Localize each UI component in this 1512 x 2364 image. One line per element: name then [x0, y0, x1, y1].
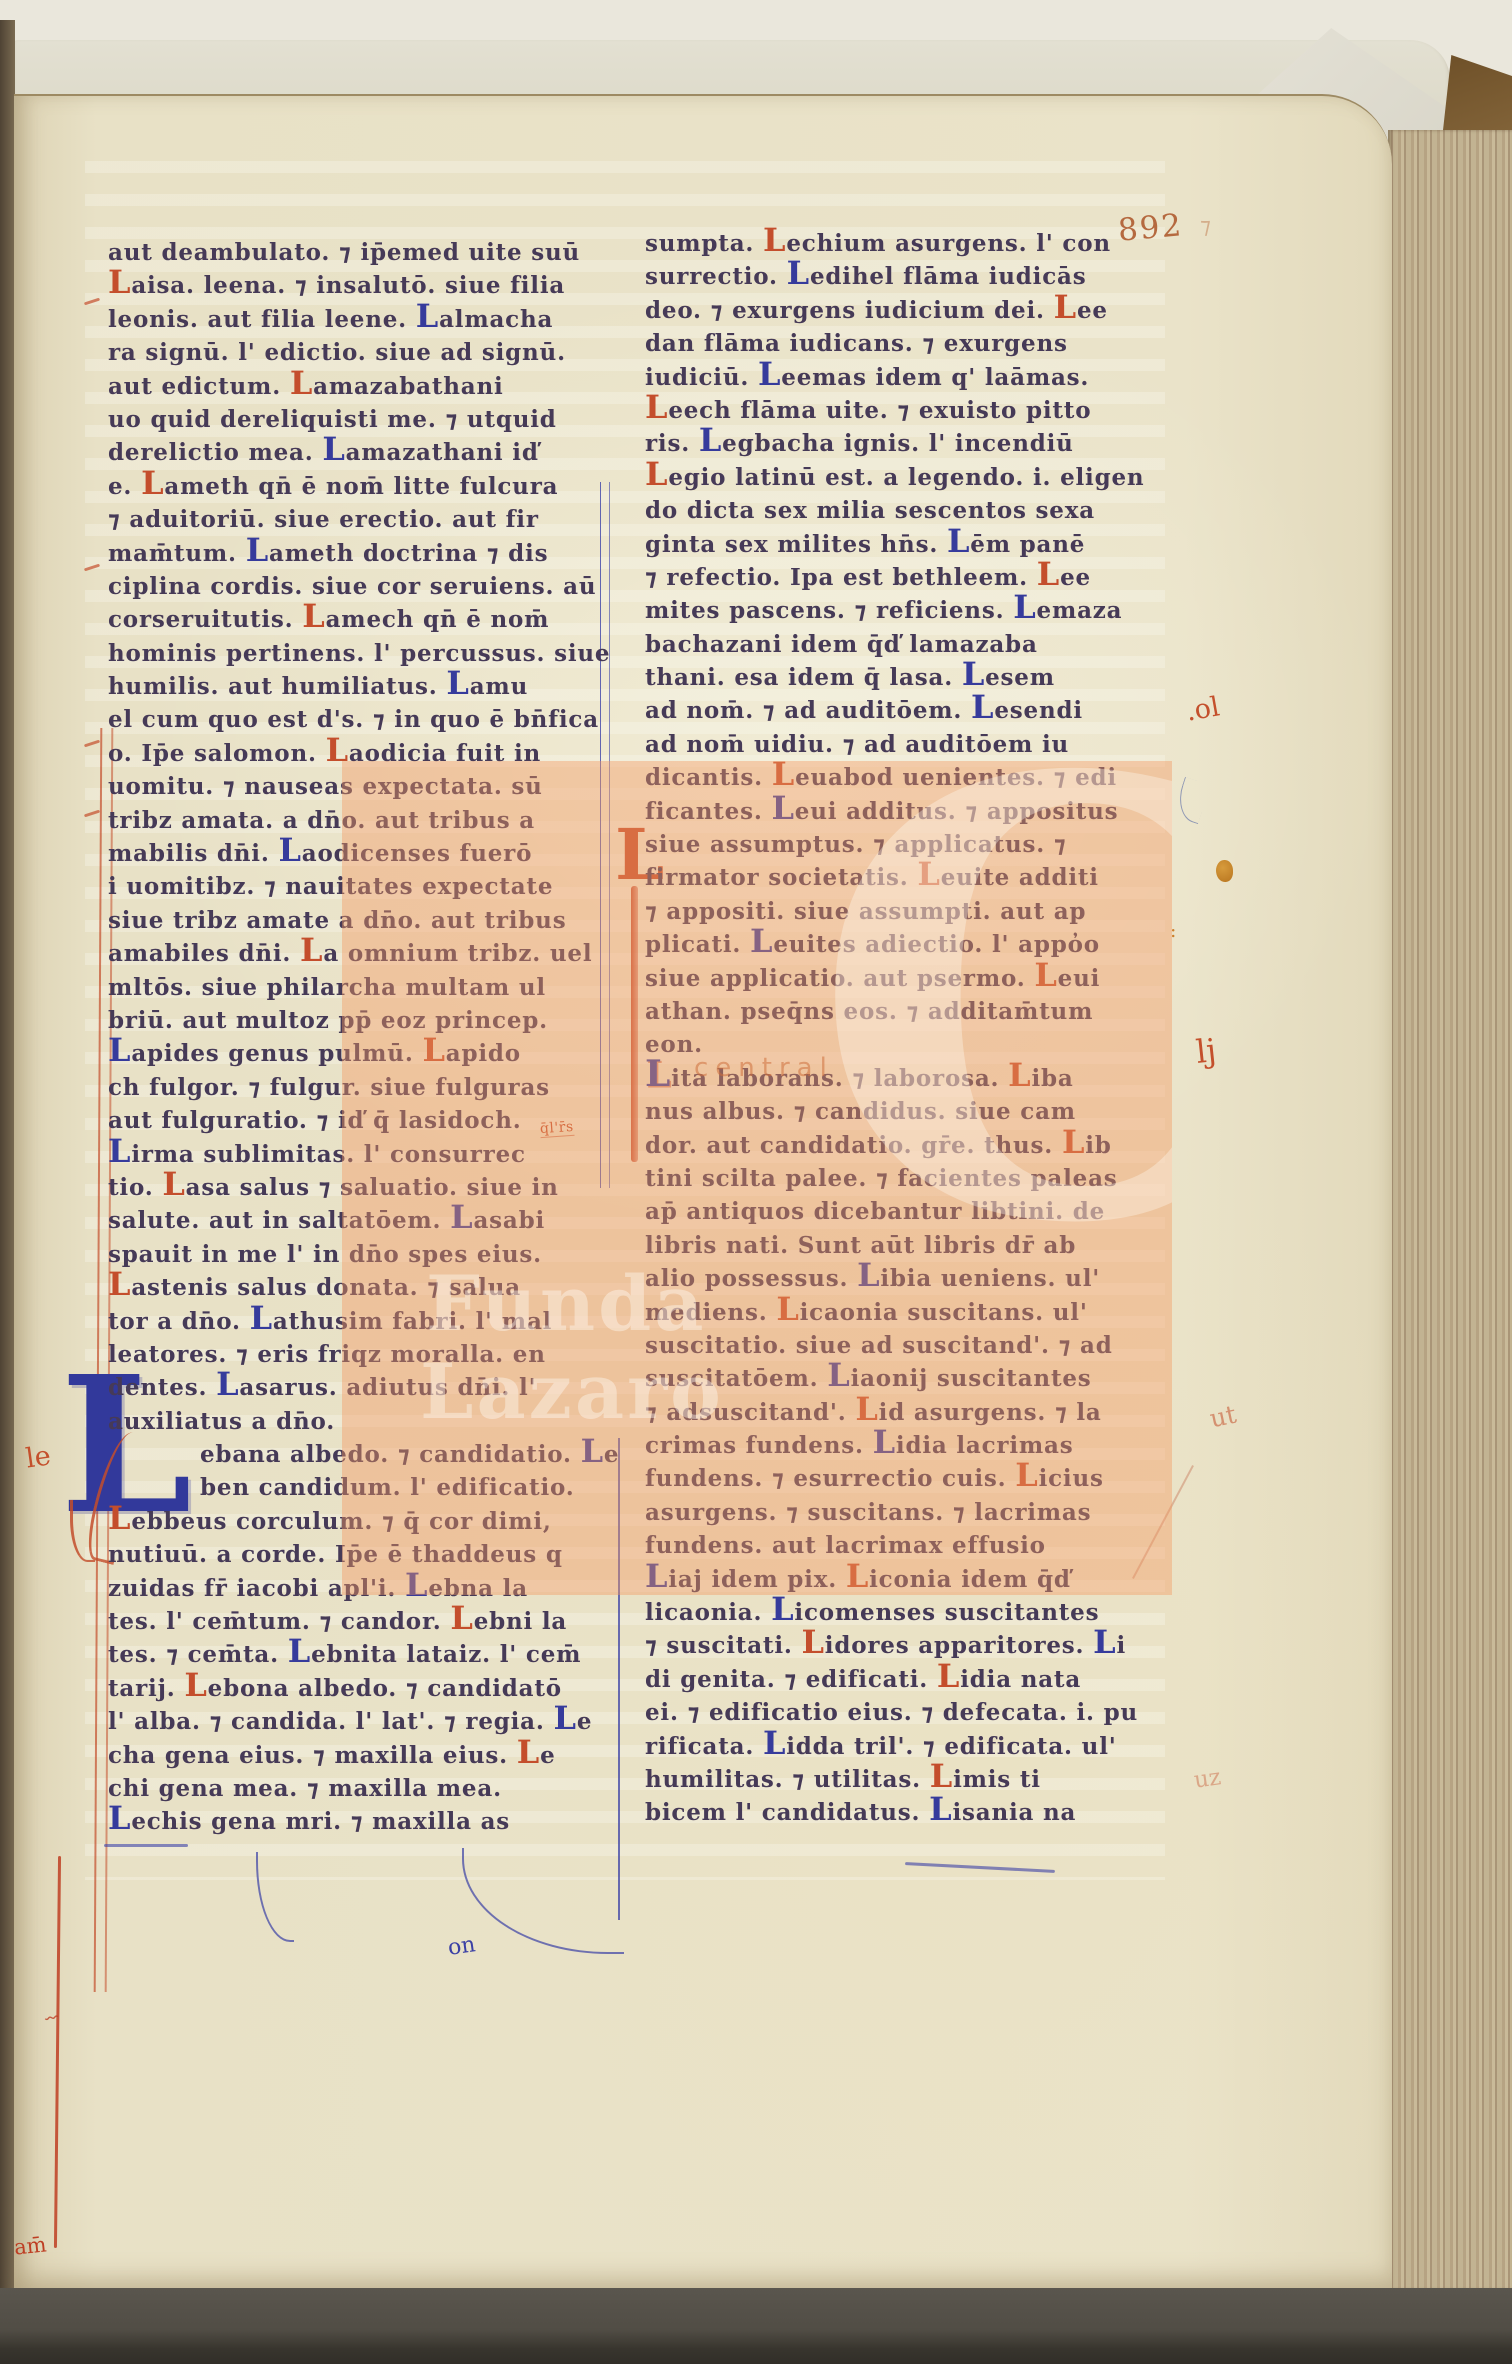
- illuminated-initial: L: [1062, 1123, 1085, 1161]
- text-line: rificata. Lidda tril'. ⁊ edificata. ul': [645, 1730, 1157, 1763]
- illuminated-initial: L: [1008, 1056, 1031, 1094]
- ink-blot: [1216, 860, 1233, 882]
- text-line: salute. aut in saltatōem. Lasabi: [108, 1204, 620, 1237]
- text-line: ad nom̄. ⁊ ad auditōem. Lesendi: [645, 694, 1157, 727]
- text-line: mam̄tum. Lameth doctrina ⁊ dis: [108, 537, 620, 570]
- text-line: Lechis gena mri. ⁊ maxilla as: [108, 1805, 620, 1838]
- text-line: bachazani idem q̄ď lamazaba: [645, 628, 1157, 661]
- text-line: auxiliatus a dn̄o.: [108, 1405, 620, 1438]
- text-line: ebana albedo. ⁊ candidatio. Le: [108, 1438, 620, 1471]
- text-line: alio possessus. Libia ueniens. ul': [645, 1262, 1157, 1295]
- text-line: Laisa. leena. ⁊ insalutō. siue filia: [108, 269, 620, 302]
- text-line: libris nati. Sunt aūt libris dr̄ ab: [645, 1229, 1157, 1262]
- illuminated-initial: L: [929, 1790, 952, 1828]
- text-line: corseruitutis. Lamech qn̄ ē nom̄: [108, 603, 620, 636]
- text-line: derelictio mea. Lamazathani iď: [108, 436, 620, 469]
- text-line: zuidas fr̄ iacobi apl'i. Lebna la: [108, 1572, 620, 1605]
- text-line: tes. l' cem̄tum. ⁊ candor. Lebni la: [108, 1605, 620, 1638]
- text-line: mabilis dn̄i. Laodicenses fuerō: [108, 837, 620, 870]
- illuminated-initial: L: [1013, 588, 1036, 626]
- text-line: tarij. Lebona albedo. ⁊ candidatō: [108, 1672, 620, 1705]
- text-line: Liaj idem pix. Liconia idem q̄ď: [645, 1563, 1157, 1596]
- illuminated-initial: L: [971, 688, 994, 726]
- illuminated-initial: L: [787, 254, 810, 292]
- illuminated-initial: L: [758, 355, 781, 393]
- text-line: ap̄ antiquos dicebantur libtini. de: [645, 1195, 1157, 1228]
- illuminated-initial: L: [1054, 288, 1077, 326]
- text-line: uomitu. ⁊ nauseas expectata. sū: [108, 770, 620, 803]
- text-line: e. Lameth qn̄ ē nom̄ litte fulcura: [108, 470, 620, 503]
- text-line: leatores. ⁊ eris friqz moralla. en: [108, 1338, 620, 1371]
- text-line: briū. aut multoz pp̄ eoz princep.: [108, 1004, 620, 1037]
- folio-pen-mark: ⁊: [1200, 214, 1211, 239]
- illuminated-initial: L: [450, 1198, 473, 1236]
- illuminated-initial: L: [937, 1657, 960, 1695]
- illuminated-initial: L: [1037, 555, 1060, 593]
- illuminated-initial: L: [554, 1699, 577, 1737]
- text-line: ad nom̄ uidiu. ⁊ ad auditōem iu: [645, 728, 1157, 761]
- illuminated-initial: L: [827, 1356, 850, 1394]
- text-line: dan flāma iudicans. ⁊ exurgens: [645, 327, 1157, 360]
- illuminated-initial: L: [699, 421, 722, 459]
- text-line: dicantis. Leuabod uenientes. ⁊ edi: [645, 761, 1157, 794]
- text-line: tini scilta palee. ⁊ facientes paleas: [645, 1162, 1157, 1195]
- manuscript-photo: 892 ⁊ L on am̄ ⌇ L le aut deambulato. ⁊ …: [0, 0, 1512, 2364]
- book-fore-edge: [1388, 130, 1512, 2290]
- illuminated-initial: L: [446, 664, 469, 702]
- text-line: sumpta. Lechium asurgens. l' con: [645, 227, 1157, 260]
- text-line: mltōs. siue philarcha multam ul: [108, 971, 620, 1004]
- illuminated-initial: L: [246, 531, 269, 569]
- text-line: ⁊ suscitati. Lidores apparitores. Li: [645, 1629, 1157, 1662]
- illuminated-initial: L: [1093, 1623, 1116, 1661]
- text-line: suscitatio. siue ad suscitand'. ⁊ ad: [645, 1329, 1157, 1362]
- text-line: l' alba. ⁊ candida. l' lat'. ⁊ regia. Le: [108, 1705, 620, 1738]
- text-line: leonis. aut filia leene. Lalmacha: [108, 303, 620, 336]
- illuminated-initial: L: [846, 1557, 869, 1595]
- illuminated-initial: L: [857, 1256, 880, 1294]
- text-line: siue assumptus. ⁊ applicatus. ⁊: [645, 828, 1157, 861]
- text-line: plicati. Leuites adiectio. l' appo̓o: [645, 928, 1157, 961]
- text-line: cha gena eius. ⁊ maxilla eius. Le: [108, 1739, 620, 1772]
- text-line: suscitatōem. Liaonij suscitantes: [645, 1362, 1157, 1395]
- illuminated-initial: L: [645, 388, 668, 426]
- text-column-left: aut deambulato. ⁊ ip̄emed uite suūLaisa.…: [108, 236, 620, 1839]
- illuminated-initial: L: [108, 1265, 131, 1303]
- text-line: Legio latinū est. a legendo. i. eligen: [645, 461, 1157, 494]
- illuminated-initial: L: [1034, 956, 1057, 994]
- text-line: bicem l' candidatus. Lisania na: [645, 1796, 1157, 1829]
- text-line: tribz amata. a dn̄o. aut tribus a: [108, 804, 620, 837]
- text-line: ⁊ appositi. siue assumpti. aut ap: [645, 895, 1157, 928]
- illuminated-initial: L: [108, 263, 131, 301]
- illuminated-initial: L: [422, 1031, 445, 1069]
- illuminated-initial: L: [645, 455, 668, 493]
- illuminated-initial: L: [288, 1632, 311, 1670]
- pen-trial-text: on: [446, 1932, 477, 1961]
- illuminated-initial: L: [250, 1299, 273, 1337]
- text-line: chi gena mea. ⁊ maxilla mea.: [108, 1772, 620, 1805]
- text-line: ⁊ refectio. Ipa est bethleem. Lee: [645, 561, 1157, 594]
- photo-background-table: [0, 2288, 1512, 2364]
- margin-note-right-faint: ut: [1207, 1400, 1239, 1434]
- text-line: ris. Legbacha ignis. l' incendiū: [645, 427, 1157, 460]
- margin-note-left: le: [24, 1440, 53, 1474]
- text-line: ⁊ aduitoriū. siue erectio. aut fir: [108, 503, 620, 536]
- text-line: el cum quo est d's. ⁊ in quo ē bn̄fica: [108, 703, 620, 736]
- illuminated-initial: L: [855, 1390, 878, 1428]
- illuminated-initial: L: [801, 1623, 824, 1661]
- text-line: tio. Lasa salus ⁊ saluatio. siue in: [108, 1171, 620, 1204]
- text-line: aut deambulato. ⁊ ip̄emed uite suū: [108, 236, 620, 269]
- illuminated-initial: L: [771, 1590, 794, 1628]
- illuminated-initial: L: [162, 1165, 185, 1203]
- text-line: siue tribz amate a dn̄o. aut tribus: [108, 904, 620, 937]
- text-line: Lebbeus corculum. ⁊ q̄ cor dimi,: [108, 1505, 620, 1538]
- text-line: hominis pertinens. l' percussus. siue: [108, 637, 620, 670]
- text-line: tor a dn̄o. Lathusim fabri. l' mal: [108, 1305, 620, 1338]
- text-line: iudiciū. Leemas idem q' laāmas.: [645, 361, 1157, 394]
- illuminated-initial: L: [772, 755, 795, 793]
- text-line: ginta sex milites hn̄s. Lēm panē: [645, 528, 1157, 561]
- illuminated-initial: L: [141, 464, 164, 502]
- illuminated-initial: L: [290, 364, 313, 402]
- illuminated-initial: L: [278, 831, 301, 869]
- text-line: i uomitibz. ⁊ nauitates expectate: [108, 870, 620, 903]
- illuminated-initial: L: [326, 731, 349, 769]
- illuminated-initial: L: [645, 1053, 671, 1095]
- text-line: athan. pseq̄ns eos. ⁊ additam̄tum: [645, 995, 1157, 1028]
- text-line: Lapides genus pulmū. Lapido: [108, 1037, 620, 1070]
- text-line: dentes. Lasarus. adiutus dn̄i. l': [108, 1371, 620, 1404]
- red-flourish-squiggle: am̄: [13, 2232, 48, 2259]
- text-line: Lastenis salus donata. ⁊ salua: [108, 1271, 620, 1304]
- illuminated-initial: L: [917, 855, 940, 893]
- illuminated-initial: L: [517, 1733, 540, 1771]
- margin-mark: :: [1170, 920, 1176, 942]
- illuminated-initial: L: [108, 1499, 131, 1537]
- text-line: mites pascens. ⁊ reficiens. Lemaza: [645, 594, 1157, 627]
- illuminated-initial: L: [962, 655, 985, 693]
- illuminated-initial: L: [771, 789, 794, 827]
- text-line: ra signū. l' edictio. siue ad signū.: [108, 336, 620, 369]
- text-line: do dicta sex milia sescentos sexa: [645, 494, 1157, 527]
- illuminated-initial: L: [405, 1566, 428, 1604]
- text-line: fundens. aut lacrimax effusio: [645, 1529, 1157, 1562]
- text-line: fundens. ⁊ esurrectio cuis. Licius: [645, 1462, 1157, 1495]
- illuminated-initial: L: [873, 1423, 896, 1461]
- text-line: Lita laborans. ⁊ laborosa. Liba: [645, 1062, 1157, 1095]
- text-line: ⁊ adsuscitand'. Lid asurgens. ⁊ la: [645, 1396, 1157, 1429]
- text-line: thani. esa idem q̄ lasa. Lesem: [645, 661, 1157, 694]
- text-line: ficantes. Leui additus. ⁊ appositus: [645, 795, 1157, 828]
- text-line: humilitas. ⁊ utilitas. Limis ti: [645, 1763, 1157, 1796]
- illuminated-initial: L: [108, 1031, 131, 1069]
- margin-note-right: .ol: [1184, 691, 1222, 727]
- text-line: ch fulgor. ⁊ fulgur. siue fulguras: [108, 1071, 620, 1104]
- text-line: ciplina cordis. siue cor seruiens. aū: [108, 570, 620, 603]
- illuminated-initial: L: [302, 597, 325, 635]
- text-line: surrectio. Ledihel flāma iudicās: [645, 260, 1157, 293]
- interlinear-gloss: q̄l'r̄s: [539, 1119, 574, 1138]
- text-line: amabiles dn̄i. La omnium tribz. uel: [108, 937, 620, 970]
- text-line: dor. aut candidatio. gr̄e. thus. Lib: [645, 1129, 1157, 1162]
- illuminated-initial: L: [184, 1666, 207, 1704]
- binding-gutter-edge: [0, 20, 15, 2310]
- text-line: deo. ⁊ exurgens iudicium dei. Lee: [645, 294, 1157, 327]
- text-column-right: sumpta. Lechium asurgens. l' consurrecti…: [645, 227, 1157, 1830]
- text-line: siue applicatio. aut psermo. Leui: [645, 962, 1157, 995]
- text-line: crimas fundens. Lidia lacrimas: [645, 1429, 1157, 1462]
- illuminated-initial: L: [930, 1757, 953, 1795]
- illuminated-initial: L: [763, 1724, 786, 1762]
- margin-note-right-faint: uz: [1192, 1764, 1222, 1793]
- text-line: asurgens. ⁊ suscitans. ⁊ lacrimas: [645, 1496, 1157, 1529]
- illuminated-initial: L: [216, 1365, 239, 1403]
- text-line: ben candidum. l' edificatio.: [108, 1471, 620, 1504]
- illuminated-initial: L: [581, 1432, 604, 1470]
- text-line: di genita. ⁊ edificati. Lidia nata: [645, 1663, 1157, 1696]
- text-line: uo quid dereliquisti me. ⁊ utquid: [108, 403, 620, 436]
- text-line: spauit in me l' in dn̄o spes eius.: [108, 1238, 620, 1271]
- illuminated-initial: L: [300, 931, 323, 969]
- red-gutter-initial-stem: [631, 886, 638, 1162]
- margin-note-right: lj: [1194, 1031, 1218, 1071]
- text-line: firmator societatis. Leuite additi: [645, 861, 1157, 894]
- illuminated-initial: L: [322, 430, 345, 468]
- illuminated-initial: L: [108, 1799, 131, 1837]
- illuminated-initial: L: [450, 1599, 473, 1637]
- text-line: eon.: [645, 1028, 1157, 1061]
- text-line: licaonia. Licomenses suscitantes: [645, 1596, 1157, 1629]
- blue-underline-flourish: [104, 1844, 188, 1847]
- text-line: aut edictum. Lamazabathani: [108, 370, 620, 403]
- illuminated-initial: L: [763, 221, 786, 259]
- illuminated-initial: L: [1015, 1456, 1038, 1494]
- text-line: o. Ip̄e salomon. Laodicia fuit in: [108, 737, 620, 770]
- text-line: ei. ⁊ edificatio eius. ⁊ defecata. i. pu: [645, 1696, 1157, 1729]
- text-line: humilis. aut humiliatus. Lamu: [108, 670, 620, 703]
- illuminated-initial: L: [750, 922, 773, 960]
- illuminated-initial: L: [416, 297, 439, 335]
- illuminated-initial: L: [776, 1290, 799, 1328]
- illuminated-initial: L: [645, 1557, 668, 1595]
- illuminated-initial: L: [947, 522, 970, 560]
- text-line: mediens. Licaonia suscitans. ul': [645, 1296, 1157, 1329]
- text-line: nutiuū. a corde. Ip̄e ē thaddeus q: [108, 1538, 620, 1571]
- illuminated-initial: L: [108, 1132, 131, 1170]
